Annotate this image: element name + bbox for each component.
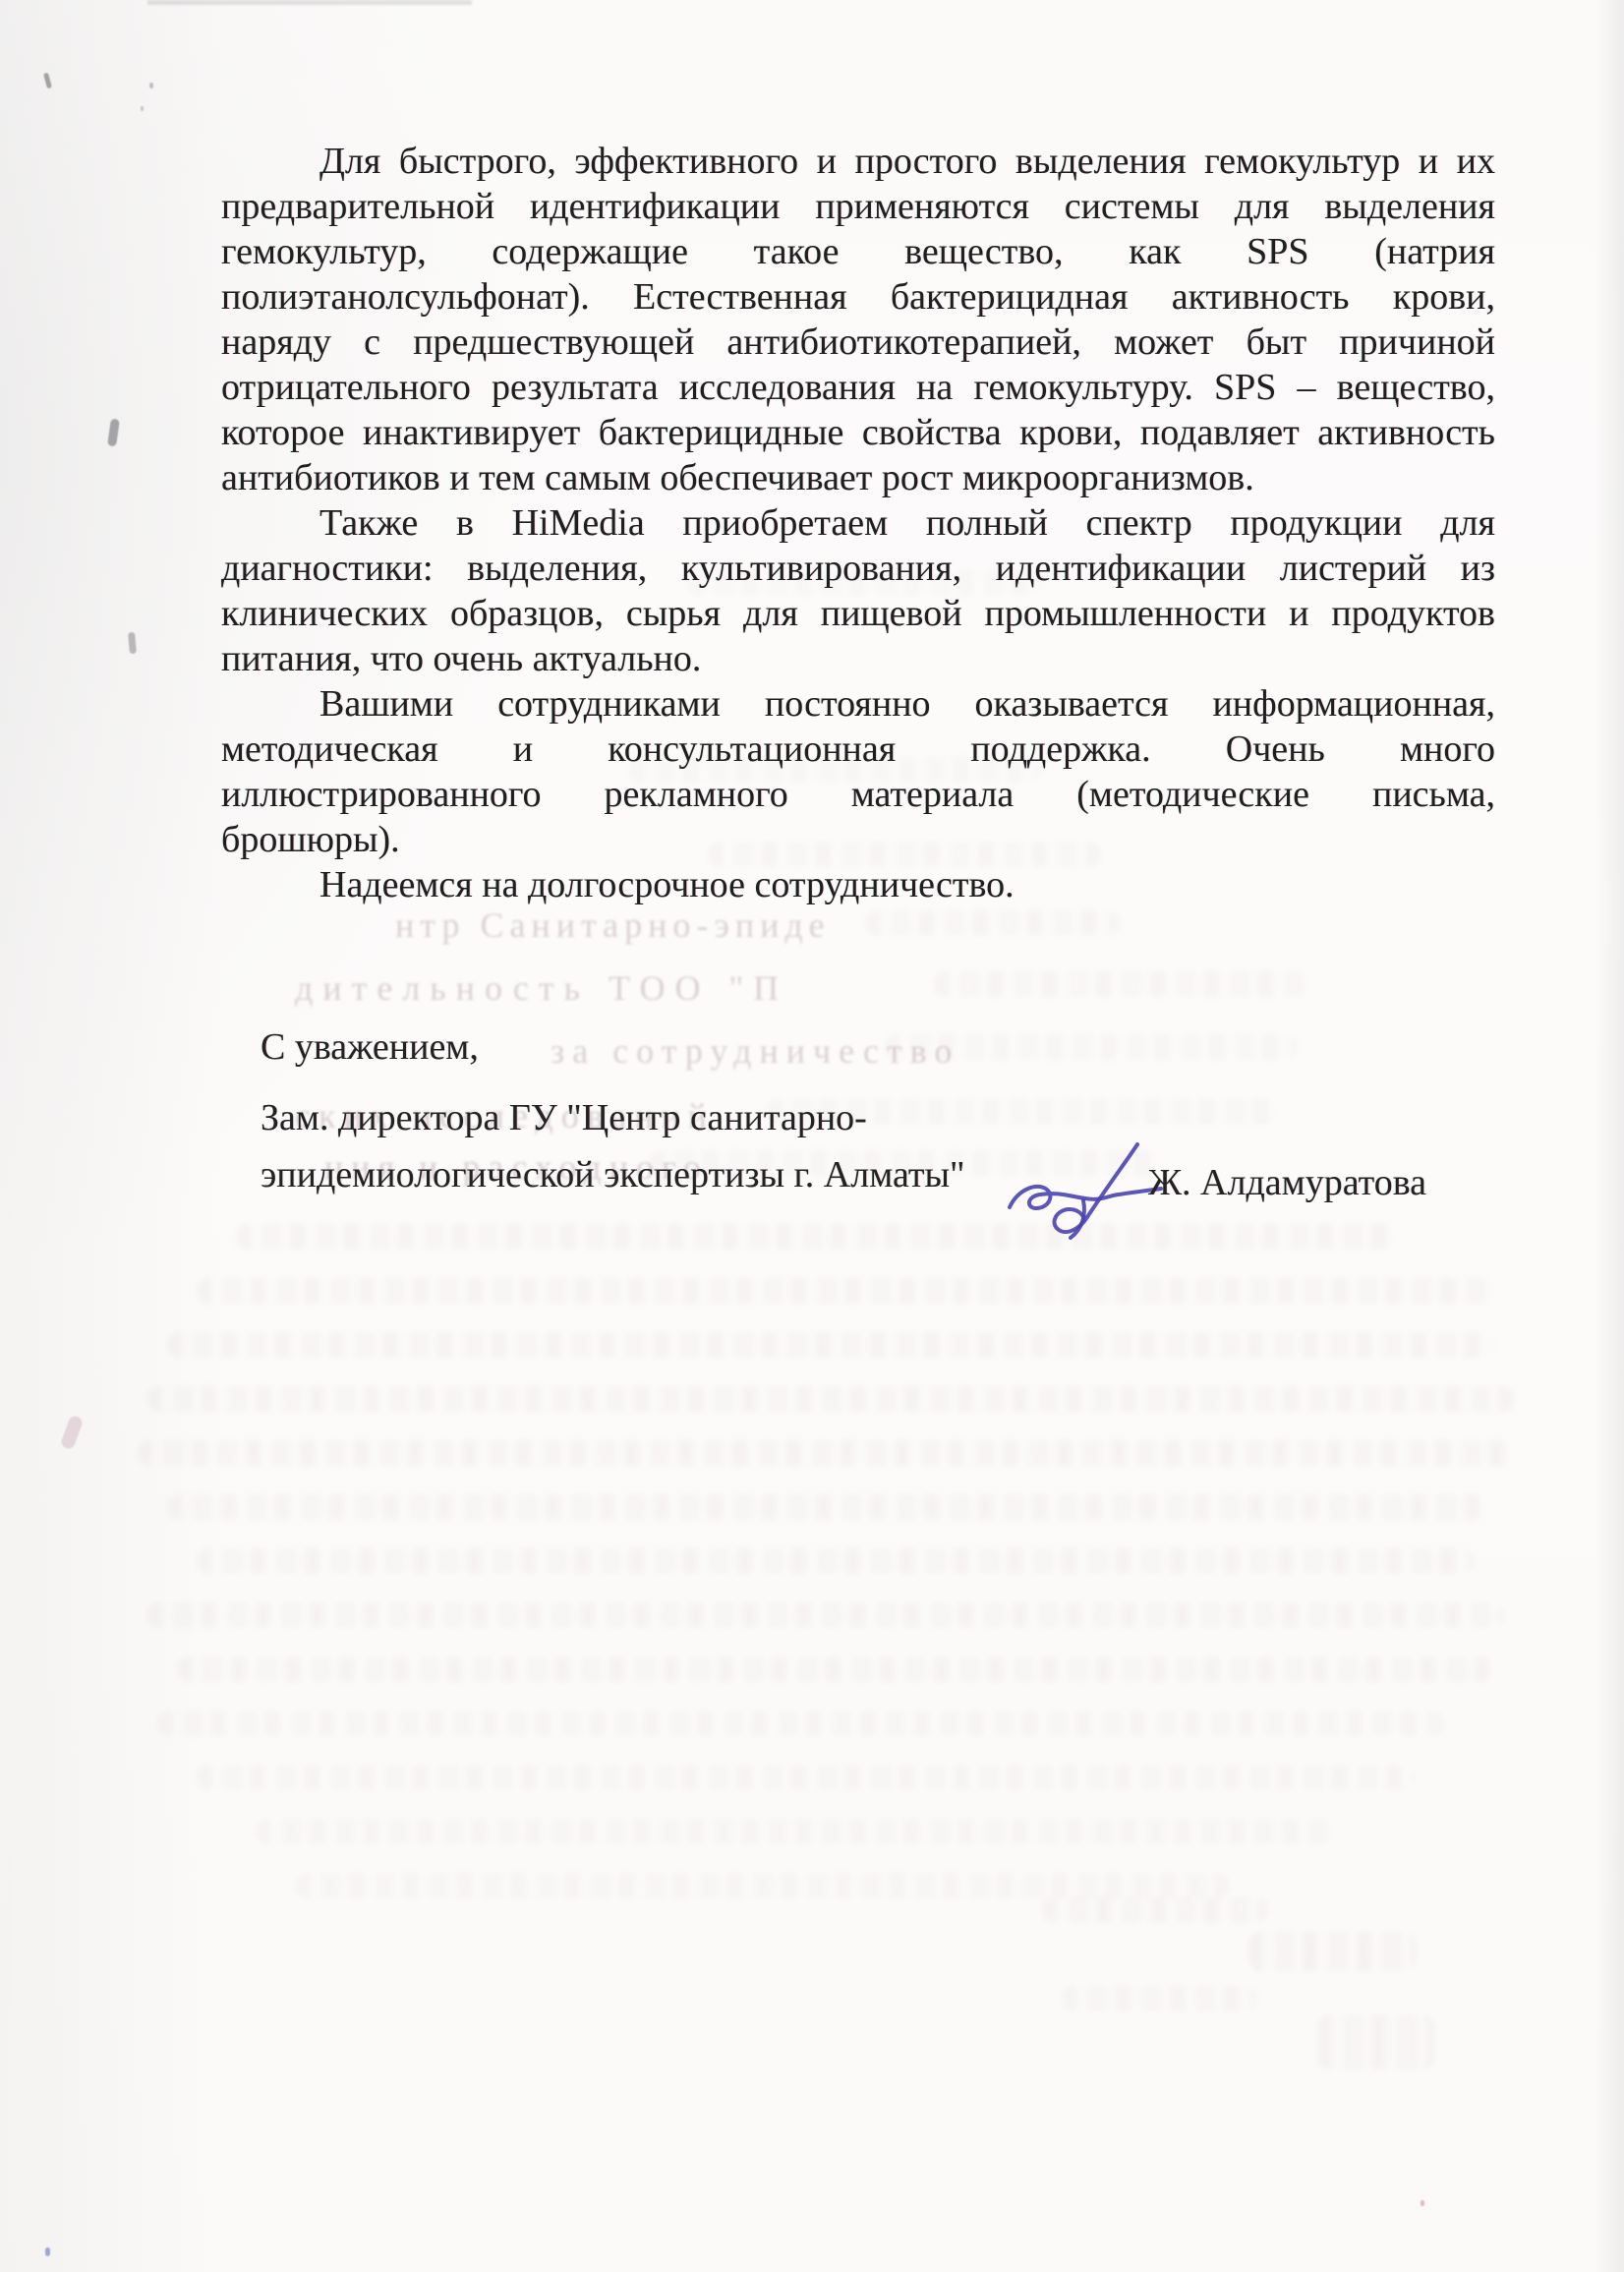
letter-line: методическая и консультационная поддержк… — [221, 727, 1495, 772]
scanned-letter-page: нтр Санитарно-эпидедительность ТОО "Пза … — [0, 0, 1624, 2272]
bleedthrough-text: нтр Санитарно-эпиде — [395, 904, 831, 946]
bleedthrough-smudge — [1062, 1986, 1258, 2011]
handwritten-signature-icon — [988, 1138, 1170, 1242]
letter-line: антибиотиков и тем самым обеспечивает ро… — [221, 455, 1495, 500]
bleedthrough-smudge — [1042, 1897, 1268, 1923]
bleedthrough-smudge — [157, 1711, 1445, 1736]
bleedthrough-smudge — [934, 971, 1307, 997]
signoff-line-1: Зам. директора ГУ "Центр санитарно- — [261, 1095, 867, 1140]
letter-line: наряду с предшествующей антибиотикотерап… — [221, 320, 1495, 365]
bleedthrough-smudge — [167, 1494, 1484, 1520]
bleedthrough-smudge — [138, 1440, 1514, 1466]
bleedthrough-smudge — [177, 1657, 1494, 1682]
bleedthrough-smudge — [885, 1034, 1298, 1060]
letter-line: Для быстрого, эффективного и простого вы… — [221, 139, 1495, 184]
scan-artifact-speck — [43, 73, 52, 89]
letter-line: питания, что очень актуально. — [221, 636, 1495, 681]
letter-line: предварительной идентификации применяютс… — [221, 184, 1495, 229]
bleedthrough-smudge — [197, 1278, 1494, 1304]
signoff-line-2: эпидемиологической экспертизы г. Алматы" — [261, 1152, 965, 1197]
bleedthrough-smudge — [197, 1548, 1475, 1574]
scan-artifact-speck — [149, 83, 153, 88]
letter-line: брошюры). — [221, 817, 1495, 862]
bleedthrough-smudge — [147, 1386, 1514, 1412]
scan-artifact-margin-mark — [107, 419, 120, 447]
closing-salutation: С уважением, — [261, 1024, 479, 1070]
bleedthrough-smudge — [865, 910, 1121, 936]
letter-paragraph: Вашими сотрудниками постоянно оказываетс… — [221, 681, 1495, 862]
scan-artifact-margin-mark — [128, 632, 137, 655]
bleedthrough-smudge — [256, 1819, 1337, 1844]
letter-line: Также в HiMedia приобретаем полный спект… — [221, 500, 1495, 546]
letter-paragraph: Для быстрого, эффективного и простого вы… — [221, 139, 1495, 500]
letter-line: гемокультур, содержащие такое вещество, … — [221, 229, 1495, 274]
scan-artifact-speck — [141, 106, 144, 111]
bleedthrough-smudge — [295, 1873, 1229, 1898]
letter-body: Для быстрого, эффективного и простого вы… — [221, 139, 1495, 907]
letter-paragraph: Надеемся на долгосрочное сотрудничество. — [221, 862, 1495, 907]
signer-name: Ж. Алдамуратова — [1148, 1160, 1426, 1205]
scan-edge-mark — [147, 0, 472, 5]
bleedthrough-text: дительность ТОО "П — [295, 967, 788, 1009]
scan-artifact-pink-speck — [1421, 2200, 1424, 2206]
scan-artifact-smear — [60, 1415, 85, 1451]
letter-line: диагностики: выделения, культивирования,… — [221, 546, 1495, 591]
letter-line: которое инактивирует бактерицидные свойс… — [221, 410, 1495, 455]
scan-artifact-blue-speck — [45, 2247, 50, 2256]
bleedthrough-smudge — [236, 1224, 1396, 1250]
letter-line: полиэтанолсульфонат). Естественная бакте… — [221, 274, 1495, 320]
letter-line: клинических образцов, сырья для пищевой … — [221, 591, 1495, 636]
bleedthrough-smudge — [1248, 1932, 1416, 1971]
bleedthrough-smudge — [147, 1602, 1504, 1628]
letter-line: иллюстрированного рекламного материала (… — [221, 772, 1495, 817]
letter-line: Надеемся на долгосрочное сотрудничество. — [221, 862, 1495, 907]
letter-line: Вашими сотрудниками постоянно оказываетс… — [221, 681, 1495, 727]
bleedthrough-smudge — [167, 1332, 1494, 1358]
letter-line: отрицательного результата исследования н… — [221, 365, 1495, 410]
bleedthrough-smudge — [197, 1765, 1416, 1790]
letter-paragraph: Также в HiMedia приобретаем полный спект… — [221, 500, 1495, 681]
bleedthrough-smudge — [1317, 2015, 1435, 2069]
